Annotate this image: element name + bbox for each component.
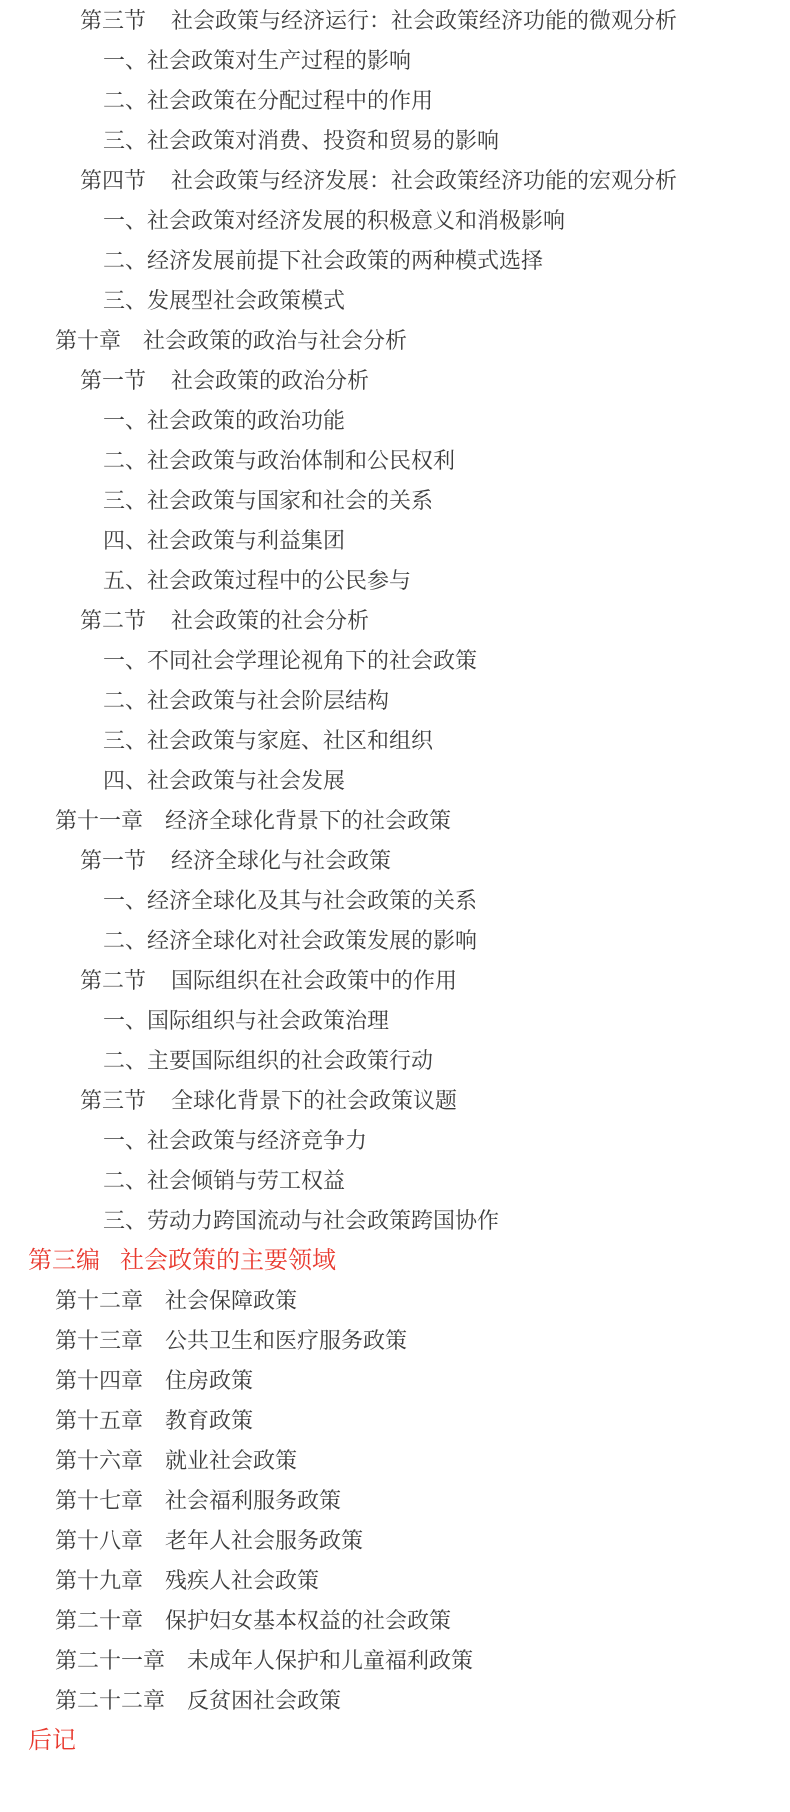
toc-entry-label: 一、 (103, 401, 147, 441)
toc-entry-label: 第十三章 (55, 1321, 143, 1361)
toc-entry-label: 三、 (103, 121, 147, 161)
toc-entry-title: 社会政策与经济竞争力 (147, 1121, 367, 1161)
toc-entry-label: 第二十一章 (55, 1641, 165, 1681)
toc-entry-item: 五、社会政策过程中的公民参与 (0, 561, 790, 601)
toc-entry-title: 国际组织在社会政策中的作用 (171, 961, 457, 1001)
toc-entry-label: 五、 (103, 561, 147, 601)
toc-entry-label: 二、 (103, 441, 147, 481)
toc-entry-label: 一、 (103, 1001, 147, 1041)
toc-entry-section: 第一节社会政策的政治分析 (0, 361, 790, 401)
toc-entry-item: 三、劳动力跨国流动与社会政策跨国协作 (0, 1201, 790, 1241)
toc-entry-title: 社会政策的政治功能 (147, 401, 345, 441)
toc-entry-label: 一、 (103, 41, 147, 81)
toc-entry-title: 社会政策与政治体制和公民权利 (147, 441, 455, 481)
toc-entry-title: 社会福利服务政策 (165, 1481, 341, 1521)
table-of-contents: 第三节社会政策与经济运行：社会政策经济功能的微观分析一、社会政策对生产过程的影响… (0, 0, 790, 1761)
toc-entry-label: 第三编 (28, 1241, 100, 1281)
toc-entry-item: 二、社会政策与政治体制和公民权利 (0, 441, 790, 481)
toc-entry-title: 社会保障政策 (165, 1281, 297, 1321)
toc-entry-title: 社会政策与社会发展 (147, 761, 345, 801)
toc-entry-item: 四、社会政策与利益集团 (0, 521, 790, 561)
toc-entry-title: 残疾人社会政策 (165, 1561, 319, 1601)
toc-entry-title: 公共卫生和医疗服务政策 (165, 1321, 407, 1361)
toc-entry-title: 社会政策与经济发展：社会政策经济功能的宏观分析 (171, 161, 677, 201)
toc-entry-title: 社会政策的社会分析 (171, 601, 369, 641)
toc-entry-section: 第二节国际组织在社会政策中的作用 (0, 961, 790, 1001)
toc-entry-title: 反贫困社会政策 (187, 1681, 341, 1721)
toc-entry-title: 经济全球化背景下的社会政策 (165, 801, 451, 841)
toc-entry-section: 第一节经济全球化与社会政策 (0, 841, 790, 881)
toc-entry-label: 第十七章 (55, 1481, 143, 1521)
toc-entry-title: 社会政策与社会阶层结构 (147, 681, 389, 721)
toc-entry-label: 二、 (103, 241, 147, 281)
toc-entry-item: 二、社会倾销与劳工权益 (0, 1161, 790, 1201)
toc-entry-chapter: 第十九章残疾人社会政策 (0, 1561, 790, 1601)
toc-entry-label: 一、 (103, 881, 147, 921)
toc-entry-title: 社会政策对生产过程的影响 (147, 41, 411, 81)
toc-entry-title: 教育政策 (165, 1401, 253, 1441)
toc-entry-label: 第十四章 (55, 1361, 143, 1401)
toc-entry-label: 三、 (103, 281, 147, 321)
toc-entry-title: 全球化背景下的社会政策议题 (171, 1081, 457, 1121)
toc-entry-title: 社会政策的政治与社会分析 (143, 321, 407, 361)
toc-entry-item: 二、经济全球化对社会政策发展的影响 (0, 921, 790, 961)
toc-entry-chapter: 第二十一章未成年人保护和儿童福利政策 (0, 1641, 790, 1681)
toc-entry-label: 第二十二章 (55, 1681, 165, 1721)
toc-entry-label: 第十五章 (55, 1401, 143, 1441)
toc-entry-item: 二、社会政策与社会阶层结构 (0, 681, 790, 721)
toc-entry-chapter: 第十一章经济全球化背景下的社会政策 (0, 801, 790, 841)
toc-entry-chapter: 第十八章老年人社会服务政策 (0, 1521, 790, 1561)
toc-entry-item: 三、社会政策与家庭、社区和组织 (0, 721, 790, 761)
toc-entry-item: 一、社会政策与经济竞争力 (0, 1121, 790, 1161)
toc-entry-label: 四、 (103, 521, 147, 561)
toc-entry-title: 社会政策对消费、投资和贸易的影响 (147, 121, 499, 161)
toc-entry-title: 社会政策的政治分析 (171, 361, 369, 401)
toc-entry-chapter: 第十章社会政策的政治与社会分析 (0, 321, 790, 361)
toc-entry-label: 二、 (103, 1161, 147, 1201)
toc-entry-section: 第三节全球化背景下的社会政策议题 (0, 1081, 790, 1121)
toc-entry-item: 三、社会政策与国家和社会的关系 (0, 481, 790, 521)
toc-entry-item: 一、经济全球化及其与社会政策的关系 (0, 881, 790, 921)
toc-entry-chapter: 第二十章保护妇女基本权益的社会政策 (0, 1601, 790, 1641)
toc-entry-section: 第四节社会政策与经济发展：社会政策经济功能的宏观分析 (0, 161, 790, 201)
toc-entry-title: 未成年人保护和儿童福利政策 (187, 1641, 473, 1681)
toc-entry-label: 第二节 (80, 961, 146, 1001)
toc-entry-item: 三、发展型社会政策模式 (0, 281, 790, 321)
toc-entry-label: 四、 (103, 761, 147, 801)
toc-entry-label: 第四节 (80, 161, 146, 201)
toc-entry-label: 三、 (103, 721, 147, 761)
toc-entry-title: 经济全球化对社会政策发展的影响 (147, 921, 477, 961)
toc-entry-label: 第十二章 (55, 1281, 143, 1321)
toc-entry-item: 一、国际组织与社会政策治理 (0, 1001, 790, 1041)
toc-entry-chapter: 第十二章社会保障政策 (0, 1281, 790, 1321)
toc-entry-item: 一、不同社会学理论视角下的社会政策 (0, 641, 790, 681)
toc-entry-label: 后记 (28, 1721, 76, 1761)
toc-entry-item: 四、社会政策与社会发展 (0, 761, 790, 801)
toc-entry-chapter: 第二十二章反贫困社会政策 (0, 1681, 790, 1721)
toc-entry-label: 二、 (103, 1041, 147, 1081)
toc-entry-chapter: 第十七章社会福利服务政策 (0, 1481, 790, 1521)
toc-entry-label: 三、 (103, 1201, 147, 1241)
toc-entry-chapter: 第十六章就业社会政策 (0, 1441, 790, 1481)
toc-entry-title: 经济全球化与社会政策 (171, 841, 391, 881)
toc-entry-label: 第十九章 (55, 1561, 143, 1601)
toc-entry-title: 经济全球化及其与社会政策的关系 (147, 881, 477, 921)
toc-entry-item: 二、社会政策在分配过程中的作用 (0, 81, 790, 121)
toc-entry-section: 第三节社会政策与经济运行：社会政策经济功能的微观分析 (0, 1, 790, 41)
toc-entry-title: 社会政策与经济运行：社会政策经济功能的微观分析 (171, 1, 677, 41)
toc-entry-label: 二、 (103, 681, 147, 721)
toc-entry-title: 国际组织与社会政策治理 (147, 1001, 389, 1041)
toc-entry-label: 第十六章 (55, 1441, 143, 1481)
toc-entry-title: 劳动力跨国流动与社会政策跨国协作 (147, 1201, 499, 1241)
toc-entry-title: 社会倾销与劳工权益 (147, 1161, 345, 1201)
toc-entry-title: 老年人社会服务政策 (165, 1521, 363, 1561)
toc-entry-label: 第二节 (80, 601, 146, 641)
toc-entry-title: 发展型社会政策模式 (147, 281, 345, 321)
toc-entry-chapter: 第十五章教育政策 (0, 1401, 790, 1441)
toc-entry-title: 就业社会政策 (165, 1441, 297, 1481)
toc-entry-item: 三、社会政策对消费、投资和贸易的影响 (0, 121, 790, 161)
toc-entry-title: 主要国际组织的社会政策行动 (147, 1041, 433, 1081)
toc-entry-label: 第三节 (80, 1, 146, 41)
toc-entry-title: 社会政策与国家和社会的关系 (147, 481, 433, 521)
toc-entry-label: 二、 (103, 921, 147, 961)
toc-entry-label: 第十八章 (55, 1521, 143, 1561)
toc-entry-item: 二、主要国际组织的社会政策行动 (0, 1041, 790, 1081)
toc-entry-title: 社会政策与利益集团 (147, 521, 345, 561)
toc-entry-label: 第十一章 (55, 801, 143, 841)
toc-entry-label: 第一节 (80, 841, 146, 881)
toc-entry-chapter: 第十三章公共卫生和医疗服务政策 (0, 1321, 790, 1361)
toc-entry-title: 住房政策 (165, 1361, 253, 1401)
toc-entry-title: 不同社会学理论视角下的社会政策 (147, 641, 477, 681)
toc-entry-title: 社会政策对经济发展的积极意义和消极影响 (147, 201, 565, 241)
toc-entry-item: 一、社会政策对经济发展的积极意义和消极影响 (0, 201, 790, 241)
toc-entry-title: 社会政策与家庭、社区和组织 (147, 721, 433, 761)
toc-entry-label: 三、 (103, 481, 147, 521)
toc-entry-label: 第二十章 (55, 1601, 143, 1641)
toc-entry-title: 社会政策在分配过程中的作用 (147, 81, 433, 121)
toc-entry-label: 一、 (103, 1121, 147, 1161)
toc-entry-title: 社会政策的主要领域 (120, 1241, 336, 1281)
toc-entry-part: 第三编社会政策的主要领域 (0, 1241, 790, 1281)
toc-entry-label: 二、 (103, 81, 147, 121)
toc-entry-item: 一、社会政策对生产过程的影响 (0, 41, 790, 81)
toc-entry-title: 保护妇女基本权益的社会政策 (165, 1601, 451, 1641)
toc-entry-part: 后记 (0, 1721, 790, 1761)
toc-entry-item: 二、经济发展前提下社会政策的两种模式选择 (0, 241, 790, 281)
toc-entry-chapter: 第十四章住房政策 (0, 1361, 790, 1401)
toc-entry-item: 一、社会政策的政治功能 (0, 401, 790, 441)
toc-entry-section: 第二节社会政策的社会分析 (0, 601, 790, 641)
toc-entry-title: 经济发展前提下社会政策的两种模式选择 (147, 241, 543, 281)
toc-entry-label: 第三节 (80, 1081, 146, 1121)
toc-entry-label: 一、 (103, 641, 147, 681)
toc-entry-label: 一、 (103, 201, 147, 241)
toc-entry-title: 社会政策过程中的公民参与 (147, 561, 411, 601)
toc-entry-label: 第一节 (80, 361, 146, 401)
toc-entry-label: 第十章 (55, 321, 121, 361)
